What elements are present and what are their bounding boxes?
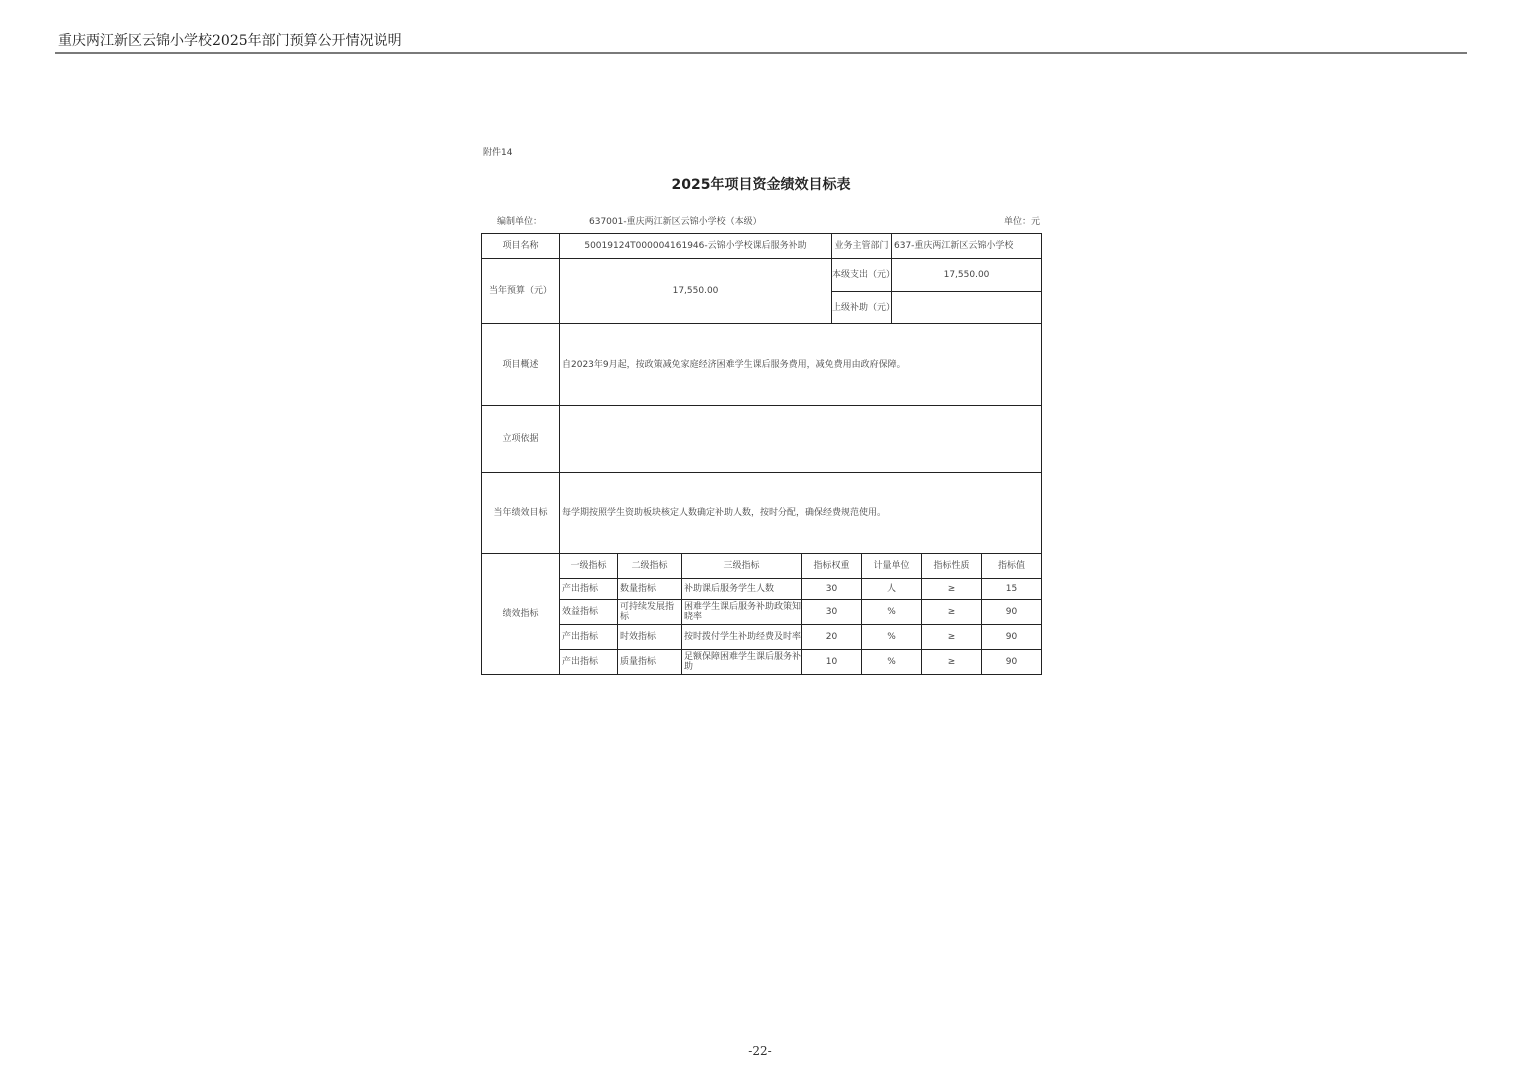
indicator-cell: %: [861, 599, 922, 625]
header-divider: [55, 52, 1467, 54]
basis-label: 立项依据: [481, 405, 560, 473]
indicator-cell: 效益指标: [559, 599, 618, 625]
indicator-header-cell: 计量单位: [861, 553, 922, 579]
indicator-cell: 15: [981, 578, 1042, 600]
indicator-cell: 90: [981, 599, 1042, 625]
project-name-label: 项目名称: [481, 233, 560, 259]
indicator-cell: ≥: [921, 624, 982, 650]
page-number: -22-: [0, 1044, 1520, 1058]
indicator-cell: 数量指标: [617, 578, 682, 600]
page-header: 重庆两江新区云锦小学校2025年部门预算公开情况说明: [58, 30, 402, 50]
indicator-cell: ≥: [921, 599, 982, 625]
indicator-cell: 20: [801, 624, 862, 650]
compiling-unit-value: 637001-重庆两江新区云锦小学校（本级）: [589, 214, 762, 227]
indicator-cell: 10: [801, 649, 862, 675]
basis-value: [559, 405, 1042, 473]
indicator-header-cell: 一级指标: [559, 553, 618, 579]
own-expense-label: 本级支出（元）: [831, 258, 892, 292]
superior-subsidy-value: [891, 291, 1042, 324]
indicator-cell: 时效指标: [617, 624, 682, 650]
budget-label: 当年预算（元）: [481, 258, 560, 324]
budget-value: 17,550.00: [559, 258, 832, 324]
indicator-cell: 可持续发展指标: [617, 599, 682, 625]
goal-value: 每学期按照学生资助板块核定人数确定补助人数，按时分配，确保经费规范使用。: [559, 472, 1042, 554]
indicator-cell: 质量指标: [617, 649, 682, 675]
indicator-cell: 产出指标: [559, 578, 618, 600]
indicator-cell: 困难学生课后服务补助政策知晓率: [681, 599, 802, 625]
indicator-header-cell: 指标值: [981, 553, 1042, 579]
indicator-cell: ≥: [921, 649, 982, 675]
attachment-label: 附件14: [483, 145, 512, 158]
currency-unit: 单位：元: [1004, 214, 1040, 227]
own-expense-value: 17,550.00: [891, 258, 1042, 292]
indicator-cell: %: [861, 649, 922, 675]
indicator-cell: 补助课后服务学生人数: [681, 578, 802, 600]
indicator-cell: 人: [861, 578, 922, 600]
indicator-cell: 产出指标: [559, 624, 618, 650]
superior-subsidy-label: 上级补助（元）: [831, 291, 892, 324]
indicator-header-cell: 二级指标: [617, 553, 682, 579]
indicator-cell: 90: [981, 624, 1042, 650]
document-title: 2025年项目资金绩效目标表: [481, 174, 1041, 194]
overview-label: 项目概述: [481, 323, 560, 406]
compiling-unit-label: 编制单位：: [497, 214, 542, 227]
indicator-cell: ≥: [921, 578, 982, 600]
indicator-header-cell: 指标权重: [801, 553, 862, 579]
indicator-cell: 按时拨付学生补助经费及时率: [681, 624, 802, 650]
goal-label: 当年绩效目标: [481, 472, 560, 554]
indicator-cell: 90: [981, 649, 1042, 675]
indicator-header-cell: 三级指标: [681, 553, 802, 579]
project-name-value: 50019124T000004161946-云锦小学校课后服务补助: [559, 233, 832, 259]
indicators-section-label: 绩效指标: [481, 553, 560, 675]
indicator-cell: %: [861, 624, 922, 650]
indicator-header-cell: 指标性质: [921, 553, 982, 579]
indicator-cell: 30: [801, 578, 862, 600]
indicator-cell: 产出指标: [559, 649, 618, 675]
department-label: 业务主管部门: [831, 233, 892, 259]
department-value: 637-重庆两江新区云锦小学校: [891, 233, 1042, 259]
overview-value: 自2023年9月起，按政策减免家庭经济困难学生课后服务费用，减免费用由政府保障。: [559, 323, 1042, 406]
indicator-cell: 足额保障困难学生课后服务补助: [681, 649, 802, 675]
indicator-cell: 30: [801, 599, 862, 625]
